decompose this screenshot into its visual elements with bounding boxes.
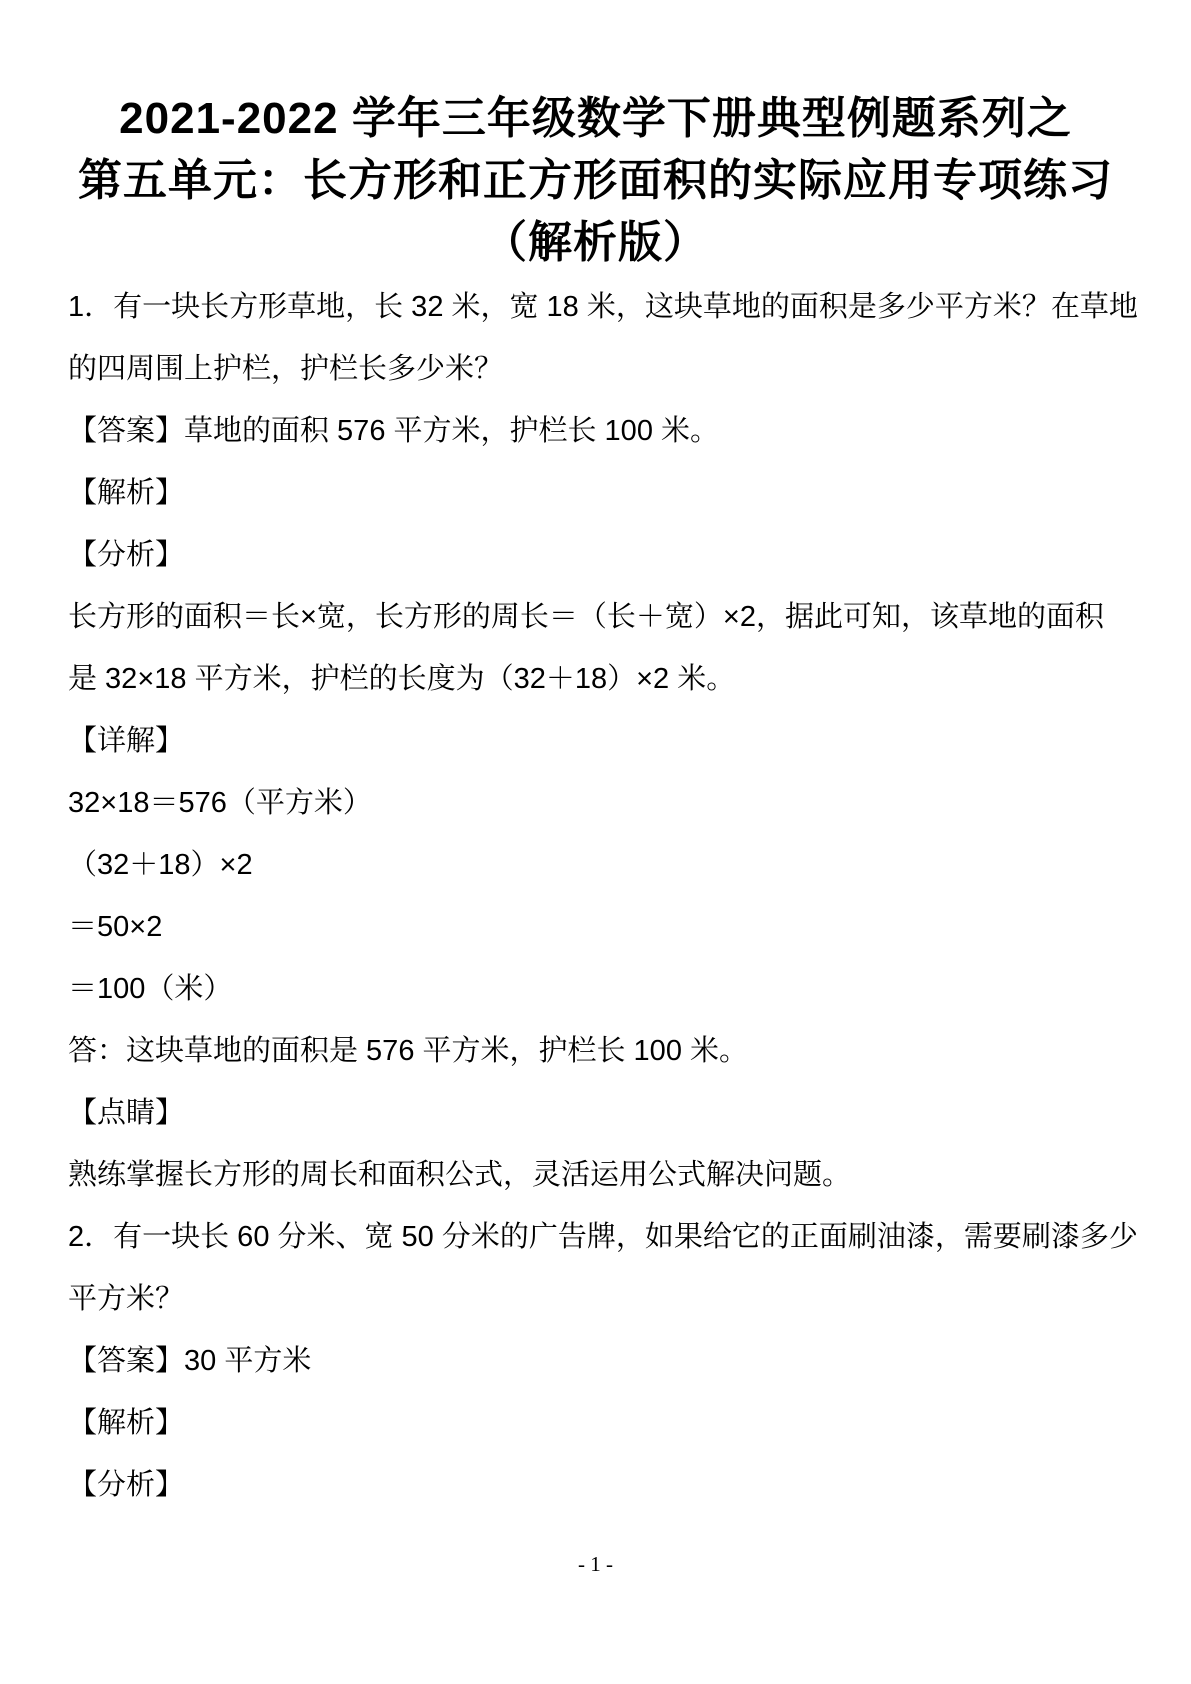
question-2-answer: 【答案】30 平方米 <box>68 1330 1098 1392</box>
question-2-text-line-2: 平方米？ <box>68 1268 1098 1330</box>
document-body: 1．有一块长方形草地，长 32 米，宽 18 米，这块草地的面积是多少平方米？在… <box>68 276 1098 1516</box>
question-1-text-line-2: 的四周围上护栏，护栏长多少米？ <box>68 338 1098 400</box>
document-page: 2021-2022 学年三年级数学下册典型例题系列之 第五单元：长方形和正方形面… <box>0 0 1191 1684</box>
question-1-xiangjie-label: 【详解】 <box>68 710 1098 772</box>
title-line-2: 第五单元：长方形和正方形面积的实际应用专项练习 <box>68 150 1123 212</box>
page-number: - 1 - <box>0 1552 1191 1577</box>
question-1-answer: 【答案】草地的面积 576 平方米，护栏长 100 米。 <box>68 400 1098 462</box>
question-1-analysis-line-2: 是 32×18 平方米，护栏的长度为（32＋18）×2 米。 <box>68 648 1098 710</box>
question-2-text-line-1: 2．有一块长 60 分米、宽 50 分米的广告牌，如果给它的正面刷油漆，需要刷漆… <box>68 1206 1098 1268</box>
question-1-analysis-line-1: 长方形的面积＝长×宽，长方形的周长＝（长＋宽）×2，据此可知，该草地的面积 <box>68 586 1098 648</box>
question-1-fenxi-label: 【分析】 <box>68 524 1098 586</box>
title-line-1: 2021-2022 学年三年级数学下册典型例题系列之 <box>68 88 1123 150</box>
question-1-step-perimeter-2: ＝50×2 <box>68 896 1098 958</box>
question-2-jiexi-label: 【解析】 <box>68 1392 1098 1454</box>
document-title: 2021-2022 学年三年级数学下册典型例题系列之 第五单元：长方形和正方形面… <box>68 88 1123 274</box>
question-1-text-line-1: 1．有一块长方形草地，长 32 米，宽 18 米，这块草地的面积是多少平方米？在… <box>68 276 1098 338</box>
question-1-dianjing-label: 【点睛】 <box>68 1082 1098 1144</box>
question-1-step-area: 32×18＝576（平方米） <box>68 772 1098 834</box>
title-line-3: （解析版） <box>68 212 1123 274</box>
question-2-fenxi-label: 【分析】 <box>68 1454 1098 1516</box>
question-1-step-perimeter-1: （32＋18）×2 <box>68 834 1098 896</box>
question-1-tip: 熟练掌握长方形的周长和面积公式，灵活运用公式解决问题。 <box>68 1144 1098 1206</box>
question-1-jiexi-label: 【解析】 <box>68 462 1098 524</box>
question-1-step-perimeter-3: ＝100（米） <box>68 958 1098 1020</box>
question-1-conclusion: 答：这块草地的面积是 576 平方米，护栏长 100 米。 <box>68 1020 1098 1082</box>
